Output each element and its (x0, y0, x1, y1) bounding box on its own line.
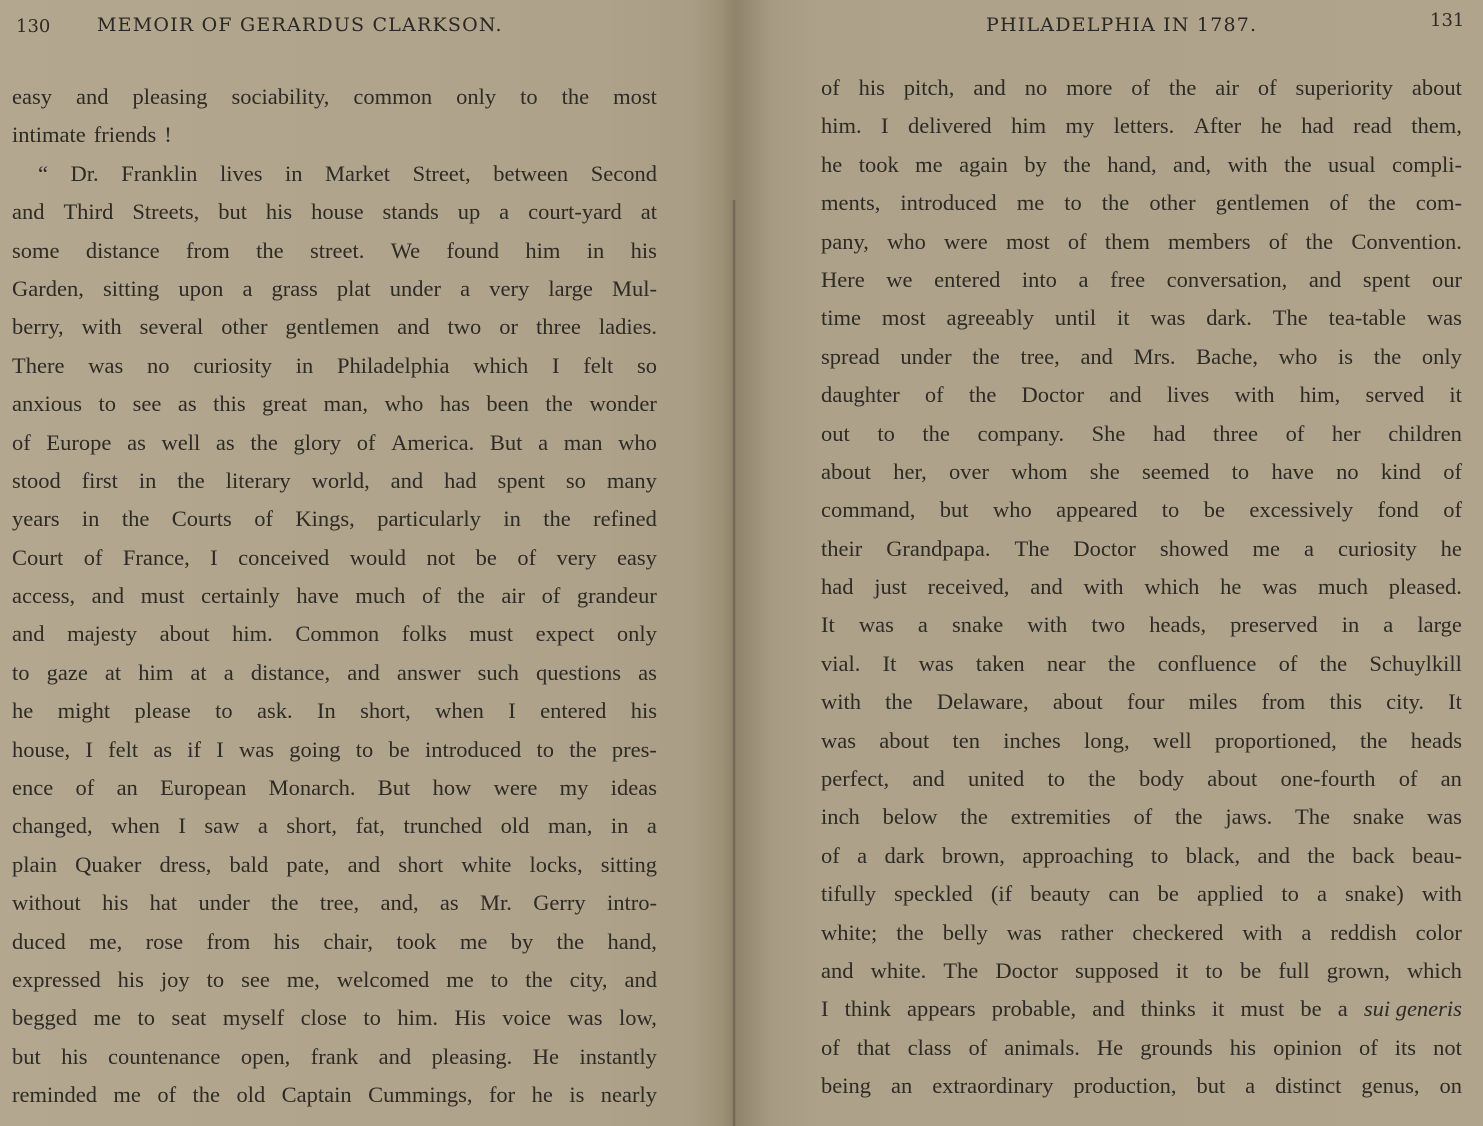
text-line: spreadunderthetree,andMrs.Bache,whoisthe… (821, 338, 1462, 376)
text-line: andmajestyabouthim.Commonfolksmustexpect… (12, 615, 657, 653)
text-line: ducedme,rosefromhischair,tookmebythehand… (12, 923, 657, 961)
book-spread: 130 MEMOIR OF GERARDUS CLARKSON. easyand… (0, 0, 1483, 1126)
text-line: TherewasnocuriosityinPhiladelphiawhichIf… (12, 347, 657, 385)
text-line: ofthatclassofanimals.Hegroundshisopinion… (821, 1029, 1462, 1067)
text-line: stoodfirstintheliteraryworld,andhadspent… (12, 462, 657, 500)
text-line: “Dr.FranklinlivesinMarketStreet,betweenS… (12, 155, 657, 193)
left-page: 130 MEMOIR OF GERARDUS CLARKSON. easyand… (0, 0, 700, 1126)
text-line: remindedmeoftheoldCaptainCummings,forhei… (12, 1076, 657, 1114)
text-line: timemostagreeablyuntilitwasdark.Thetea-t… (821, 299, 1462, 337)
text-line: hadjustreceived,andwithwhichhewasmuchple… (821, 568, 1462, 606)
text-line: plainQuakerdress,baldpate,andshortwhitel… (12, 846, 657, 884)
text-line: inchbelowtheextremitiesofthejaws.Thesnak… (821, 798, 1462, 836)
text-line: anxioustoseeasthisgreatman,whohasbeenthe… (12, 385, 657, 423)
page-number: 131 (1430, 10, 1464, 31)
text-line: outtothecompany.Shehadthreeofherchildren (821, 415, 1462, 453)
running-head: MEMOIR OF GERARDUS CLARKSON. (97, 14, 503, 36)
text-line: Itwasasnakewithtwoheads,preservedinalarg… (821, 606, 1462, 644)
text-line: hetookmeagainbythehand,and,withtheusualc… (821, 146, 1462, 184)
body-text: ofhispitch,andnomoreoftheairofsuperiorit… (821, 69, 1462, 1106)
text-line: expressedhisjoytoseeme,welcomedmetotheci… (12, 961, 657, 999)
text-line: beggedmetoseatmyselfclosetohim.Hisvoicew… (12, 999, 657, 1037)
text-line: withouthishatunderthetree,and,asMr.Gerry… (12, 884, 657, 922)
text-line: theirGrandpapa.TheDoctorshowedmeacuriosi… (821, 530, 1462, 568)
text-line: enceofanEuropeanMonarch.Buthowweremyidea… (12, 769, 657, 807)
text-line: withtheDelaware,aboutfourmilesfromthisci… (821, 683, 1462, 721)
text-line: intimatefriends! (12, 116, 657, 154)
text-line: berry,withseveralothergentlemenandtwoort… (12, 308, 657, 346)
book-gutter (732, 200, 736, 1126)
text-line: somedistancefromthestreet.Wefoundhiminhi… (12, 232, 657, 270)
text-line: beinganextraordinaryproduction,butadisti… (821, 1067, 1462, 1105)
text-line: him.Ideliveredhimmyletters.Afterhehadrea… (821, 107, 1462, 145)
text-line: command,butwhoappearedtobeexcessivelyfon… (821, 491, 1462, 529)
text-line: easyandpleasingsociability,commononlytot… (12, 78, 657, 116)
text-line: Ithinkappearsprobable,andthinksitmustbea… (821, 990, 1462, 1028)
body-text: easyandpleasingsociability,commononlytot… (12, 78, 657, 1115)
text-line: ofhispitch,andnomoreoftheairofsuperiorit… (821, 69, 1462, 107)
text-line: abouther,overwhomsheseemedtohavenokindof (821, 453, 1462, 491)
text-line: yearsintheCourtsofKings,particularlyinth… (12, 500, 657, 538)
text-line: ofEuropeaswellasthegloryofAmerica.Butama… (12, 424, 657, 462)
text-line: pany,whoweremostofthemmembersoftheConven… (821, 223, 1462, 261)
text-line: wasabouttenincheslong,wellproportioned,t… (821, 722, 1462, 760)
text-line: buthiscountenanceopen,frankandpleasing.H… (12, 1038, 657, 1076)
text-line: tifullyspeckled(ifbeautycanbeappliedtoas… (821, 875, 1462, 913)
right-page: PHILADELPHIA IN 1787. 131 ofhispitch,and… (760, 0, 1483, 1126)
text-line: vial.ItwastakenneartheconfluenceoftheSch… (821, 645, 1462, 683)
text-line: daughteroftheDoctorandliveswithhim,serve… (821, 376, 1462, 414)
text-line: access,andmustcertainlyhavemuchoftheairo… (12, 577, 657, 615)
text-line: ments,introducedmetotheothergentlemenoft… (821, 184, 1462, 222)
text-line: Hereweenteredintoafreeconversation,andsp… (821, 261, 1462, 299)
text-line: changed,whenIsawashort,fat,trunchedoldma… (12, 807, 657, 845)
text-line: andThirdStreets,buthishousestandsupacour… (12, 193, 657, 231)
text-line: togazeathimatadistance,andanswersuchques… (12, 654, 657, 692)
page-number: 130 (16, 16, 50, 37)
text-line: perfect,andunitedtothebodyaboutone-fourt… (821, 760, 1462, 798)
text-line: andwhite.TheDoctorsupposedittobefullgrow… (821, 952, 1462, 990)
text-line: Garden,sittinguponagrassplatunderaveryla… (12, 270, 657, 308)
text-line: CourtofFrance,Iconceivedwouldnotbeofvery… (12, 539, 657, 577)
text-line: house,IfeltasifIwasgoingtobeintroducedto… (12, 731, 657, 769)
text-line: white;thebellywasrathercheckeredwithared… (821, 914, 1462, 952)
text-line: ofadarkbrown,approachingtoblack,andtheba… (821, 837, 1462, 875)
running-head: PHILADELPHIA IN 1787. (986, 14, 1257, 36)
text-line: hemightpleasetoask.Inshort,whenIenteredh… (12, 692, 657, 730)
